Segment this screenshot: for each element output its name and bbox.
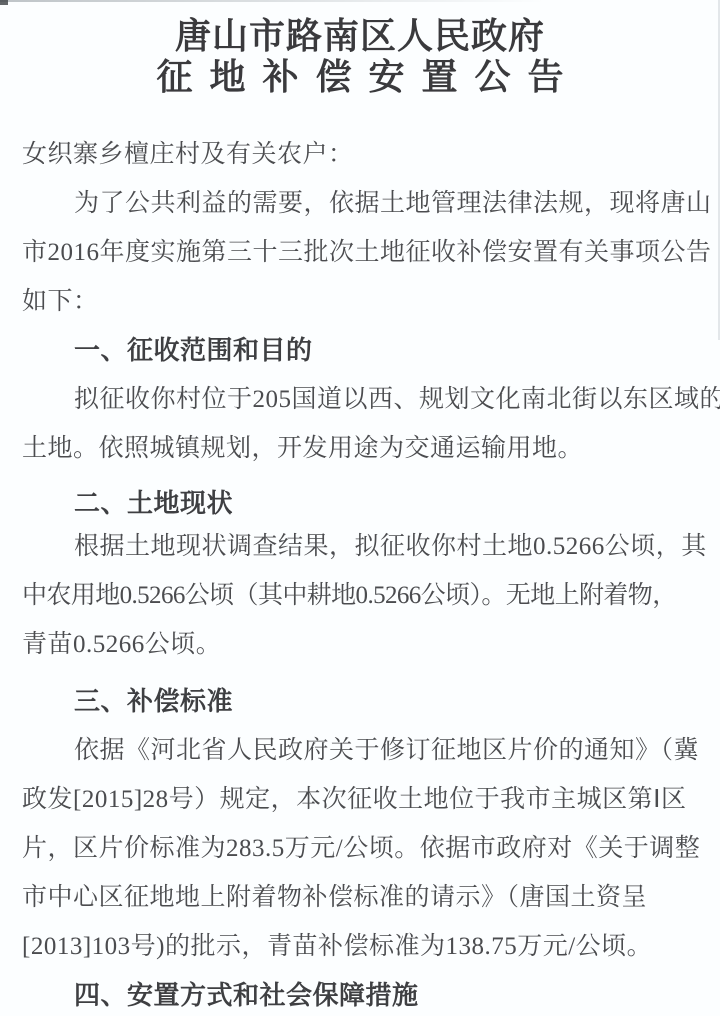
issuer-title: 唐山市路南区人民政府 bbox=[0, 15, 720, 56]
section-2-line: 中农用地0.5266公顷（其中耕地0.5266公顷）。无地上附着物， bbox=[22, 571, 700, 620]
section-3-line: 片，区片价标准为283.5万元/公顷。依据市政府对《关于调整 bbox=[22, 824, 700, 873]
section-3-line: 市中心区征地地上附着物补偿标准的请示》（唐国土资呈 bbox=[22, 873, 700, 922]
scanned-notice-page: 唐山市路南区人民政府 征地补偿安置公告 女织寨乡檀庄村及有关农户： 为了公共利益… bbox=[0, 0, 720, 1016]
salutation-line: 女织寨乡檀庄村及有关农户： bbox=[22, 130, 700, 179]
section-1-line: 土地。依照城镇规划，开发用途为交通运输用地。 bbox=[22, 424, 700, 473]
intro-line: 市2016年度实施第三十三批次土地征收补偿安置有关事项公告 bbox=[22, 228, 700, 277]
section-3-line: 依据《河北省人民政府关于修订征地区片价的通知》（冀 bbox=[22, 726, 700, 775]
section-heading-3: 三、补偿标准 bbox=[22, 677, 700, 726]
section-2-line: 根据土地现状调查结果，拟征收你村土地0.5266公顷，其 bbox=[22, 522, 700, 571]
section-3-line: [2013]103号)的批示，青苗补偿标准为138.75万元/公顷。 bbox=[22, 922, 700, 971]
section-2-line: 青苗0.5266公顷。 bbox=[22, 620, 700, 669]
document-title-block: 唐山市路南区人民政府 征地补偿安置公告 bbox=[0, 0, 720, 97]
document-body: 女织寨乡檀庄村及有关农户： 为了公共利益的需要，依据土地管理法律法规，现将唐山 … bbox=[22, 130, 700, 1016]
section-heading-4: 四、安置方式和社会保障措施 bbox=[22, 971, 700, 1016]
section-1-line: 拟征收你村位于205国道以西、规划文化南北街以东区域的 bbox=[22, 375, 700, 424]
notice-title: 征地补偿安置公告 bbox=[0, 56, 720, 97]
section-3-line: 政发[2015]28号）规定，本次征收土地位于我市主城区第Ⅰ区 bbox=[22, 775, 700, 824]
intro-line: 如下： bbox=[22, 277, 700, 326]
scan-artifact-corner-speck bbox=[0, 0, 8, 5]
intro-line: 为了公共利益的需要，依据土地管理法律法规，现将唐山 bbox=[22, 179, 700, 228]
section-heading-2: 二、土地现状 bbox=[22, 479, 700, 528]
scan-artifact-top-streak bbox=[0, 0, 620, 2]
section-heading-1: 一、征收范围和目的 bbox=[22, 326, 700, 375]
